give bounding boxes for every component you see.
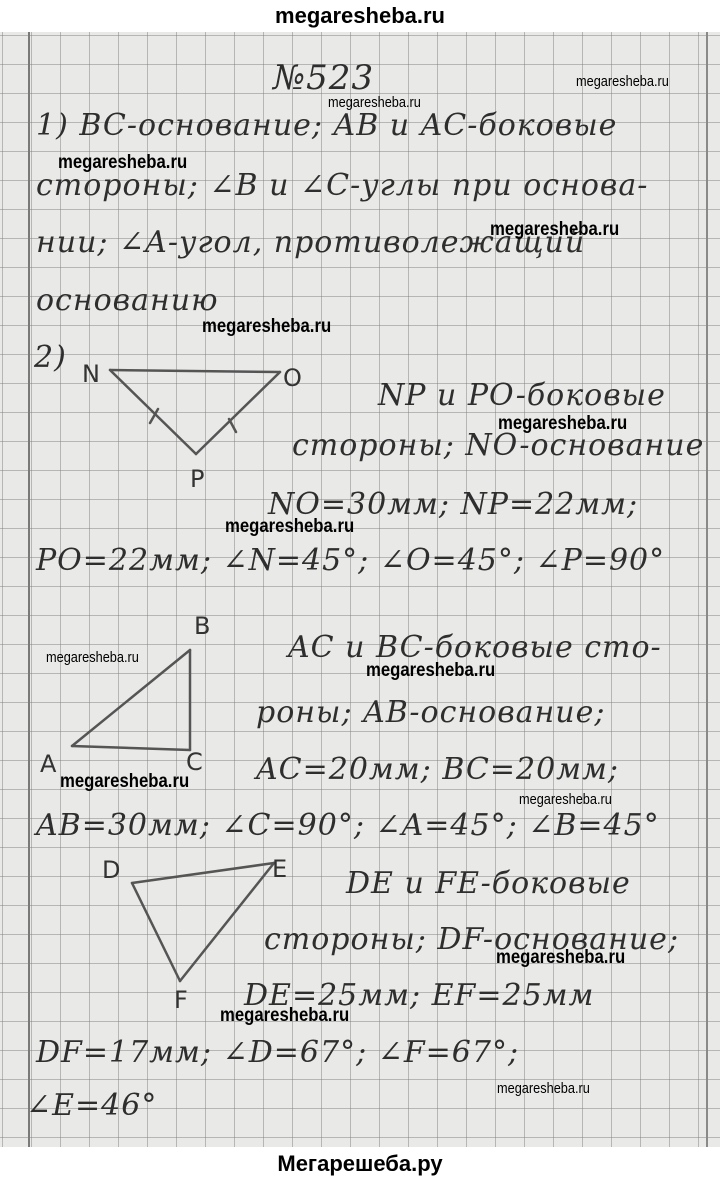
abc-line-4: AB=30мм; ∠C=90°; ∠A=45°; ∠B=45°	[36, 808, 660, 843]
watermark[interactable]: megaresheba.ru	[498, 413, 627, 435]
watermark[interactable]: megaresheba.ru	[366, 660, 495, 682]
vertex-label-d: D	[102, 856, 121, 884]
vertex-label-e: E	[272, 855, 288, 883]
vertex-label-b: B	[194, 612, 211, 640]
triangle-def	[132, 863, 274, 981]
watermark[interactable]: megaresheba.ru	[576, 73, 669, 90]
nop-line-4: PO=22мм; ∠N=45°; ∠O=45°; ∠P=90°	[36, 543, 665, 578]
vertex-label-n: N	[82, 360, 101, 388]
def-line-4: DF=17мм; ∠D=67°; ∠F=67°;	[36, 1035, 519, 1070]
watermark[interactable]: megaresheba.ru	[328, 94, 421, 111]
site-footer[interactable]: Мегарешеба.ру	[0, 1147, 720, 1181]
triangle-nop	[110, 370, 280, 454]
vertex-label-p: P	[190, 465, 205, 493]
abc-line-3: AC=20мм; BC=20мм;	[256, 752, 619, 787]
vertex-label-o: O	[283, 364, 303, 392]
def-line-1: DE и FE-боковые	[346, 866, 631, 901]
watermark[interactable]: megaresheba.ru	[220, 1005, 349, 1027]
watermark[interactable]: megaresheba.ru	[496, 947, 625, 969]
watermark[interactable]: megaresheba.ru	[58, 152, 187, 174]
watermark[interactable]: megaresheba.ru	[202, 316, 331, 338]
vertex-label-f: F	[174, 986, 189, 1014]
nop-line-1: NP и PO-боковые	[378, 378, 666, 413]
watermark[interactable]: megaresheba.ru	[519, 791, 612, 808]
vertex-label-a: A	[40, 750, 57, 778]
watermark[interactable]: megaresheba.ru	[60, 771, 189, 793]
watermark[interactable]: megaresheba.ru	[225, 516, 354, 538]
def-line-5: ∠E=46°	[26, 1088, 157, 1123]
watermark[interactable]: megaresheba.ru	[46, 649, 139, 666]
watermark[interactable]: megaresheba.ru	[490, 219, 619, 241]
watermark[interactable]: megaresheba.ru	[497, 1080, 590, 1097]
abc-line-2: роны; AB-основание;	[256, 695, 605, 730]
